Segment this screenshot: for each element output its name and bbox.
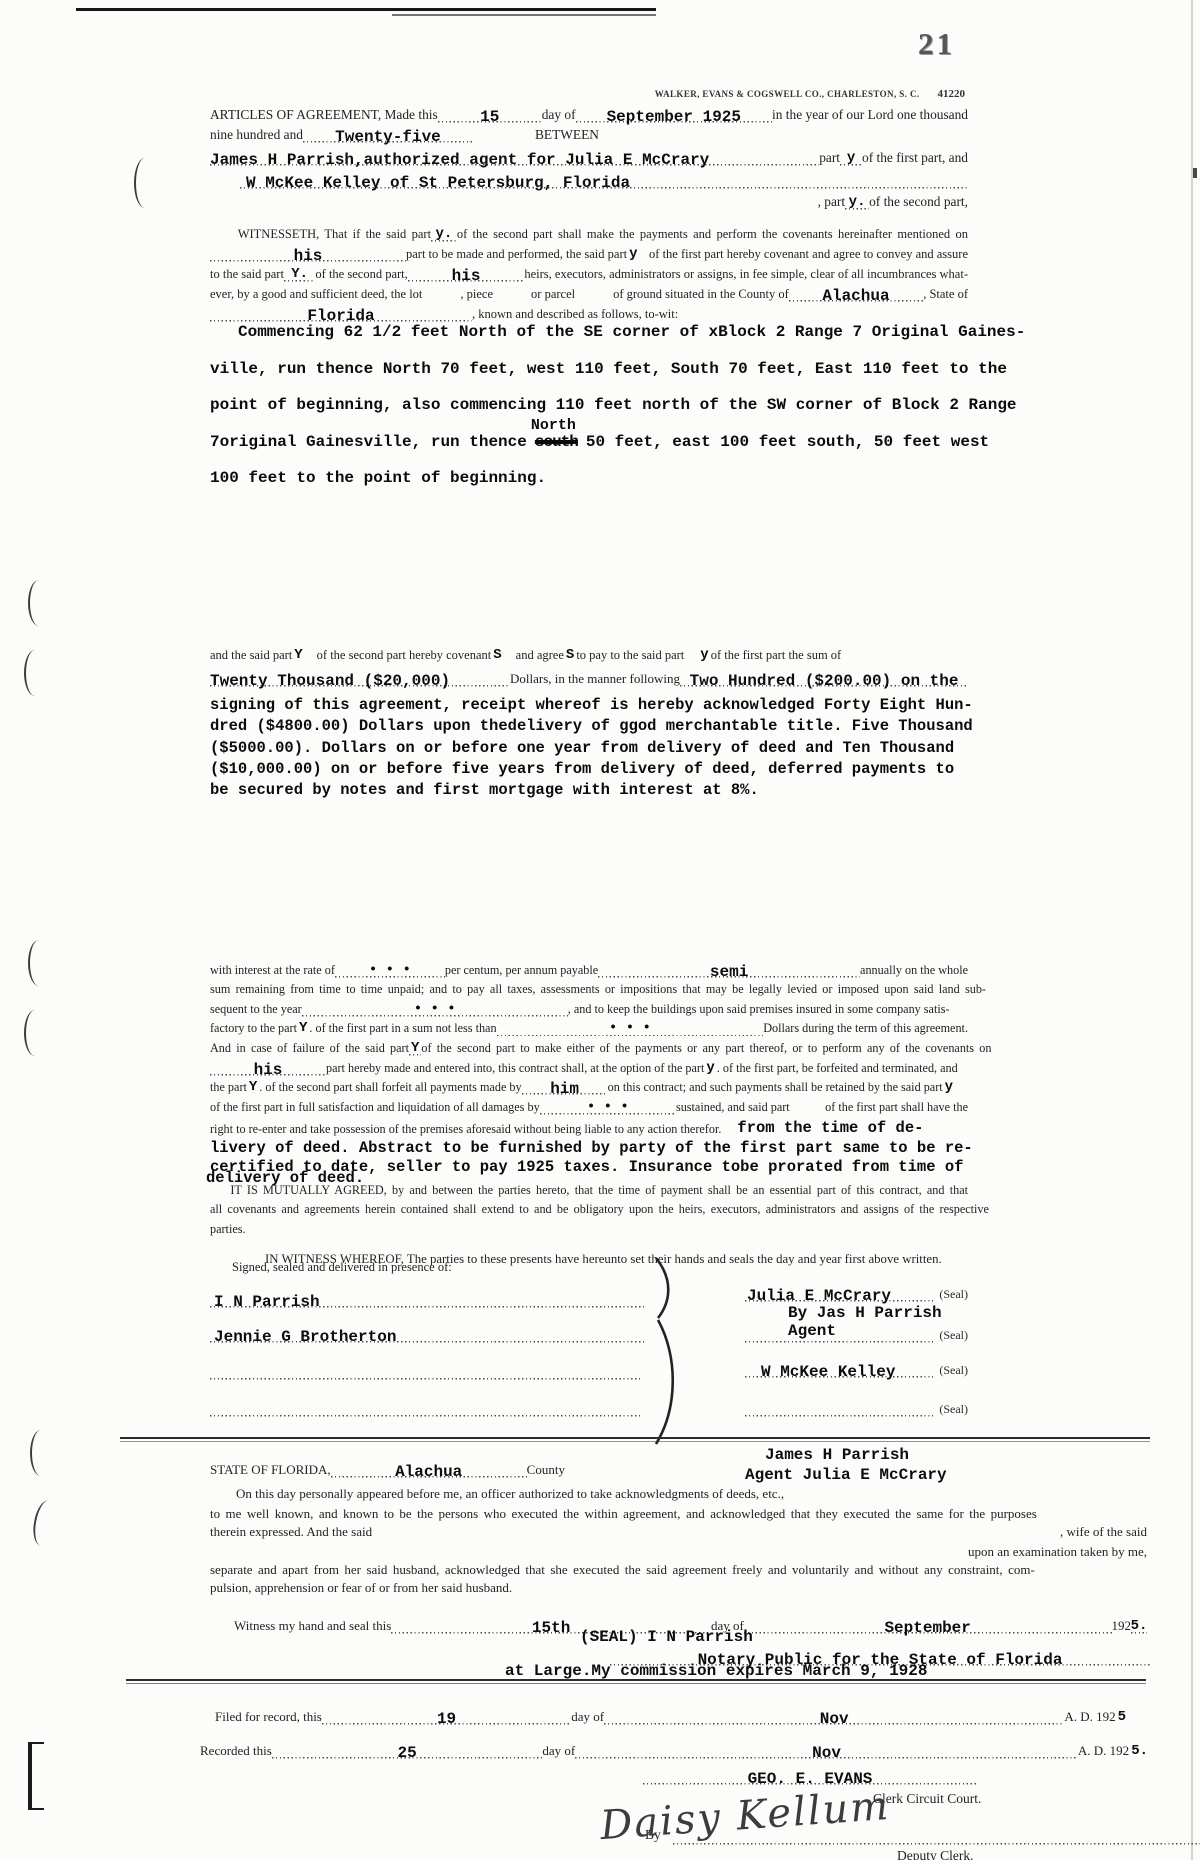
form-text: to pay to the said part — [576, 648, 684, 663]
form-text: day of — [571, 1709, 604, 1725]
footer-divider-echo — [126, 1683, 1146, 1684]
form-text: , part — [818, 194, 846, 210]
form-text: heirs, executors, administrators or assi… — [524, 267, 968, 282]
filled-record-month: Nov — [604, 1709, 1064, 1725]
typed-y: Y — [292, 647, 304, 663]
description-line: 7original Gainesville, run thenceNorthso… — [210, 424, 968, 461]
form-text: County — [527, 1462, 565, 1478]
filled-stars: • • • — [540, 1099, 676, 1115]
filled-notary-year: 5. — [1131, 1618, 1147, 1634]
binder-mark — [134, 158, 152, 208]
description-text: 7original Gainesville, run thence — [210, 433, 527, 451]
filled-day: 15 — [438, 107, 542, 123]
payment-typed-line: ($5000.00). Dollars on or before one yea… — [210, 738, 968, 759]
section-divider-echo — [120, 1441, 1150, 1442]
dotted-blank — [745, 1319, 933, 1343]
filled-record-day: 19 — [322, 1709, 571, 1725]
form-text: Recorded this — [200, 1743, 272, 1759]
dotted-blank — [745, 1393, 933, 1417]
binder-mark — [28, 940, 46, 986]
typed-insert-overlap: delivery of deed. — [206, 1169, 364, 1187]
form-text: BETWEEN — [535, 127, 599, 143]
filled-recorded-month: Nov — [575, 1743, 1078, 1759]
typed-year-digit: 5 — [1116, 1709, 1128, 1725]
form-text: of the second part shall make the paymen… — [457, 227, 968, 242]
form-text: Dollars, in the manner following — [510, 671, 680, 687]
deputy-title: Deputy Clerk. — [897, 1848, 974, 1860]
form-text: factory to the part — [210, 1021, 297, 1036]
form-text: sustained, and said part — [676, 1100, 790, 1115]
clerk-name-line: GEO. E. EVANS — [643, 1761, 977, 1785]
form-text: of the first part the sum of — [711, 648, 842, 663]
filled-recorded-day: 25 — [272, 1743, 543, 1759]
typed-commission: at Large.My commission expires March 9, … — [505, 1662, 927, 1680]
printer-code: 41220 — [924, 88, 966, 100]
form-text: part to be made and performed, the said … — [406, 247, 627, 262]
form-text: . of the first part, be forfeited and te… — [717, 1061, 958, 1076]
binder-mark — [28, 1742, 44, 1810]
brace-mark — [650, 1256, 678, 1446]
principal-signature-1: Julia E McCrary — [745, 1278, 933, 1302]
filled-his: his — [210, 1060, 326, 1076]
form-text: of the second part to make either of the… — [421, 1041, 991, 1056]
form-text: or parcel — [531, 287, 575, 302]
form-text: upon an examination taken by me, — [968, 1544, 1147, 1560]
description-line: ville, run thence North 70 feet, west 11… — [210, 351, 968, 388]
form-text: annually on the whole — [860, 963, 968, 978]
payment-typed-line: signing of this agreement, receipt where… — [210, 695, 968, 716]
section-divider — [120, 1437, 1150, 1439]
edge-speck — [1193, 168, 1197, 178]
payment-clause: and the said part Y of the second part h… — [210, 642, 968, 801]
form-text: right to re-enter and take possession of… — [210, 1122, 721, 1137]
property-description: Commencing 62 1/2 feet North of the SE c… — [210, 314, 968, 497]
binder-mark — [30, 1430, 48, 1476]
filled-stars: • • • — [497, 1020, 764, 1036]
form-text: of the first part shall have the — [825, 1100, 968, 1115]
filled-y: y. — [845, 194, 869, 210]
form-text: Filed for record, this — [215, 1709, 322, 1725]
form-text: sequent to the year — [210, 1002, 302, 1017]
form-text: Witness my hand and seal this — [234, 1618, 391, 1634]
filled-stars: • • • — [335, 962, 445, 978]
filled-notary-month: September — [744, 1618, 1112, 1634]
form-text: pulsion, apprehension or fear of or from… — [210, 1580, 512, 1596]
form-text: , and to keep the buildings upon said pr… — [568, 1002, 950, 1017]
typed-year-digit: 5. — [1129, 1743, 1150, 1759]
form-text: ARTICLES OF AGREEMENT, Made this — [210, 107, 438, 123]
filled-y: Y — [409, 1040, 421, 1056]
witnesseth-clause: WITNESSETH, That if the said part y. of … — [210, 222, 968, 322]
form-text: On this day personally appeared before m… — [236, 1486, 784, 1502]
form-text: , wife of the said — [1060, 1524, 1147, 1540]
description-line: point of beginning, also commencing 110 … — [210, 387, 968, 424]
form-text: to the said part — [210, 267, 284, 282]
filled-his: his — [210, 246, 406, 262]
typed-insert: from the time of de- — [737, 1119, 923, 1137]
form-text: to me well known, and known to be the pe… — [210, 1506, 1037, 1522]
form-text: sum remaining from time to time unpaid; … — [210, 982, 986, 997]
filled-y: Y. — [284, 266, 315, 282]
filled-date: September 1925 — [576, 107, 772, 123]
filled-party2: W McKee Kelley of St Petersburg, Florida — [240, 173, 968, 189]
seal-label: (Seal) — [933, 1363, 968, 1378]
seal-label: (Seal) — [933, 1287, 968, 1302]
filled-party1: James H Parrish,authorized agent for Jul… — [210, 150, 819, 166]
binder-mark — [24, 1010, 42, 1056]
typed-insert: livery of deed. Abstract to be furnished… — [210, 1139, 968, 1157]
form-text: part — [819, 150, 840, 166]
printer-credit: WALKER, EVANS & COGSWELL CO., CHARLESTON… — [655, 89, 920, 99]
form-text: the part — [210, 1080, 247, 1095]
description-text: 50 feet, east 100 feet south, 50 feet we… — [586, 433, 989, 451]
form-text: with interest at the rate of — [210, 963, 335, 978]
form-text: and agree — [516, 648, 564, 663]
filled-first-payment: Two Hundred ($200.00) on the — [680, 671, 968, 687]
signature-block: Signed, sealed and delivered in presence… — [210, 1256, 968, 1440]
form-text: on this contract; and such payments shal… — [608, 1080, 943, 1095]
footer-divider — [126, 1679, 1146, 1681]
seal-label: (Seal) — [933, 1402, 968, 1417]
form-text: per centum, per annum payable — [445, 963, 598, 978]
scanned-deed-page: 21 WALKER, EVANS & COGSWELL CO., CHARLES… — [0, 0, 1200, 1860]
form-text: of the second part, — [869, 194, 968, 210]
filled-year-words: Twenty-five — [303, 127, 473, 143]
typed-y: y — [698, 647, 710, 663]
form-text: of the first part hereby covenant and ag… — [649, 247, 968, 262]
form-text: parties. — [210, 1222, 246, 1237]
form-text: and the said part — [210, 648, 292, 663]
agreement-header: ARTICLES OF AGREEMENT, Made this 15 day … — [210, 103, 968, 210]
dotted-blank — [210, 1393, 640, 1417]
typed-y: y — [704, 1060, 716, 1076]
dotted-blank — [210, 1356, 640, 1380]
filled-stars: • • • — [302, 1001, 568, 1017]
typed-ack-name-1: James H Parrish — [765, 1446, 909, 1464]
filled-y: y — [840, 150, 862, 166]
form-text: of ground situated in the County of — [613, 287, 789, 302]
payment-typed-line: dred ($4800.00) Dollars upon thedelivery… — [210, 716, 968, 737]
typed-y: y — [627, 246, 639, 262]
binder-mark — [28, 580, 46, 626]
filled-sum: Twenty Thousand ($20,000) — [210, 671, 510, 687]
form-text: day of — [542, 1743, 575, 1759]
binder-mark — [30, 1499, 56, 1547]
form-text: of the first part, and — [862, 150, 968, 166]
typed-s: S — [564, 647, 576, 663]
typed-y: y — [943, 1079, 955, 1095]
form-text: of the first part in full satisfaction a… — [210, 1100, 540, 1115]
seal-label: (Seal) — [933, 1328, 968, 1343]
form-text: , piece — [460, 287, 493, 302]
presence-label: Signed, sealed and delivered in presence… — [232, 1260, 452, 1275]
description-line: Commencing 62 1/2 feet North of the SE c… — [210, 314, 968, 351]
correction-above: North — [531, 408, 576, 445]
description-line: 100 feet to the point of beginning. — [210, 460, 968, 497]
form-text: of the second part hereby covenant — [317, 648, 492, 663]
typed-ack-name-2: Agent Julia E McCrary — [745, 1466, 947, 1484]
right-edge-artifact — [1191, 0, 1193, 1860]
filled-semi: semi — [598, 962, 860, 978]
scan-line-artifact — [392, 14, 656, 16]
filled-ack-county: Alachua — [331, 1462, 527, 1478]
typed-y: Y — [247, 1079, 259, 1095]
form-text: ever, by a good and sufficient deed, the… — [210, 287, 422, 302]
payment-typed-line: ($10,000.00) on or before five years fro… — [210, 759, 968, 780]
form-text: therein expressed. And the said — [210, 1524, 372, 1540]
witness-signature-2: Jennie G Brotherton — [210, 1319, 644, 1343]
form-text: STATE OF FLORIDA, — [210, 1462, 331, 1478]
form-text: part hereby made and entered into, this … — [326, 1061, 704, 1076]
scan-line-artifact — [76, 8, 656, 11]
typed-correction: Northsouth — [535, 424, 578, 461]
form-text: . of the first part in a sum not less th… — [309, 1021, 496, 1036]
page-number: 21 — [918, 26, 955, 62]
filled-county: Alachua — [789, 286, 923, 302]
form-text: A. D. 192 — [1064, 1709, 1115, 1725]
form-text: , State of — [923, 287, 968, 302]
interest-default-clause: with interest at the rate of • • • per c… — [210, 958, 968, 1267]
form-text: Dollars during the term of this agreemen… — [763, 1021, 968, 1036]
binder-mark — [24, 650, 42, 696]
form-text: day of — [542, 107, 576, 123]
typed-y: Y — [297, 1020, 309, 1036]
filled-y: y. — [431, 226, 457, 242]
witness-signature-1: I N Parrish — [210, 1284, 644, 1308]
filled-his: his — [408, 266, 525, 282]
form-text: nine hundred and — [210, 127, 303, 143]
form-text: And in case of failure of the said part — [210, 1041, 409, 1056]
payment-typed-line: be secured by notes and first mortgage w… — [210, 780, 968, 801]
form-text: . of the second part shall forfeit all p… — [259, 1080, 521, 1095]
form-text: A. D. 192 — [1078, 1743, 1129, 1759]
principal-signature-2: W McKee Kelley — [745, 1354, 933, 1378]
filled-him: him — [522, 1079, 608, 1095]
form-text: WITNESSETH, That if the said part — [238, 227, 431, 242]
form-text: all covenants and agreements herein cont… — [210, 1202, 989, 1217]
form-text: separate and apart from her said husband… — [210, 1562, 1035, 1578]
typed-s: S — [491, 647, 503, 663]
form-text: of the second part, — [315, 267, 407, 282]
form-text: in the year of our Lord one thousand — [772, 107, 968, 123]
